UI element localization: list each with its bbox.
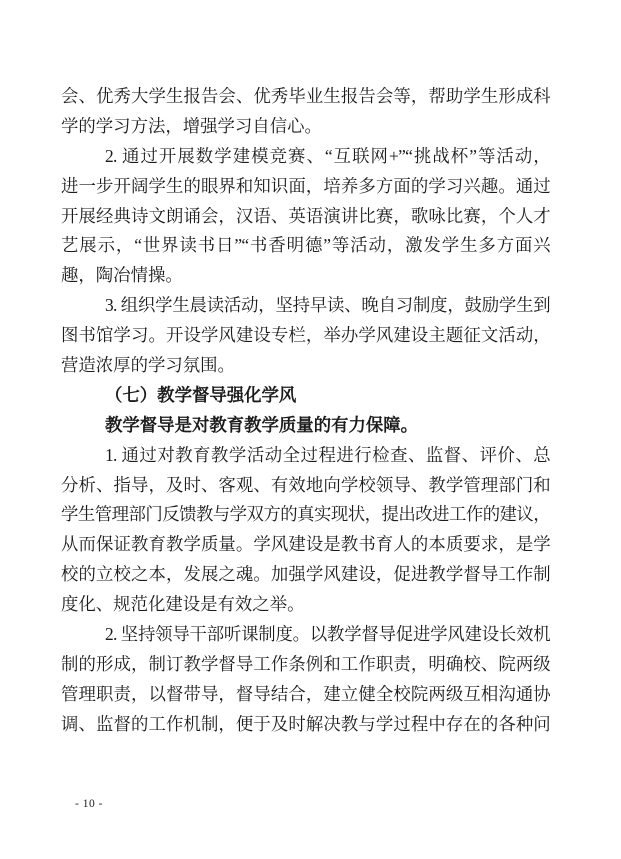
text-line: 2. 坚持领导干部听课制度。以教学督导促进学风建设长效机 [61, 620, 550, 650]
text-line: 学生管理部门反馈教与学双方的真实现状，提出改进工作的建议， [61, 500, 550, 530]
text-line: 开展经典诗文朗诵会，汉语、英语演讲比赛，歌咏比赛，个人才 [61, 202, 550, 232]
text-line: 2. 通过开展数学建模竞赛、“互联网+”“挑战杯”等活动， [61, 142, 550, 172]
text-line: 校的立校之本，发展之魂。加强学风建设，促进教学督导工作制 [61, 560, 550, 590]
document-page: 会、优秀大学生报告会、优秀毕业生报告会等，帮助学生形成科学的学习方法，增强学习自… [0, 0, 621, 859]
text-line: 制的形成，制订教学督导工作条例和工作职责，明确校、院两级 [61, 650, 550, 680]
text-line: 营造浓厚的学习氛围。 [61, 351, 550, 381]
text-line: 管理职责，以督带导，督导结合，建立健全校院两级互相沟通协 [61, 680, 550, 710]
text-line: 从而保证教育教学质量。学风建设是教书育人的本质要求，是学 [61, 530, 550, 560]
page-number: - 10 - [75, 796, 103, 812]
document-content: 会、优秀大学生报告会、优秀毕业生报告会等，帮助学生形成科学的学习方法，增强学习自… [61, 82, 550, 740]
heading-line: 教学督导是对教育教学质量的有力保障。 [61, 411, 550, 441]
text-line: 分析、指导，及时、客观、有效地向学校领导、教学管理部门和 [61, 471, 550, 501]
text-line: 3. 组织学生晨读活动，坚持早读、晚自习制度，鼓励学生到 [61, 291, 550, 321]
heading-line: （七）教学督导强化学风 [61, 381, 550, 411]
text-line: 图书馆学习。开设学风建设专栏，举办学风建设主题征文活动， [61, 321, 550, 351]
text-line: 艺展示，“世界读书日”“书香明德”等活动，激发学生多方面兴 [61, 231, 550, 261]
text-line: 1. 通过对教育教学活动全过程进行检查、监督、评价、总结、 [61, 441, 550, 471]
text-line: 会、优秀大学生报告会、优秀毕业生报告会等，帮助学生形成科 [61, 82, 550, 112]
text-line: 进一步开阔学生的眼界和知识面，培养多方面的学习兴趣。通过 [61, 172, 550, 202]
text-line: 调、监督的工作机制，便于及时解决教与学过程中存在的各种问 [61, 710, 550, 740]
text-line: 度化、规范化建设是有效之举。 [61, 590, 550, 620]
text-line: 趣，陶冶情操。 [61, 261, 550, 291]
text-line: 学的学习方法，增强学习自信心。 [61, 112, 550, 142]
